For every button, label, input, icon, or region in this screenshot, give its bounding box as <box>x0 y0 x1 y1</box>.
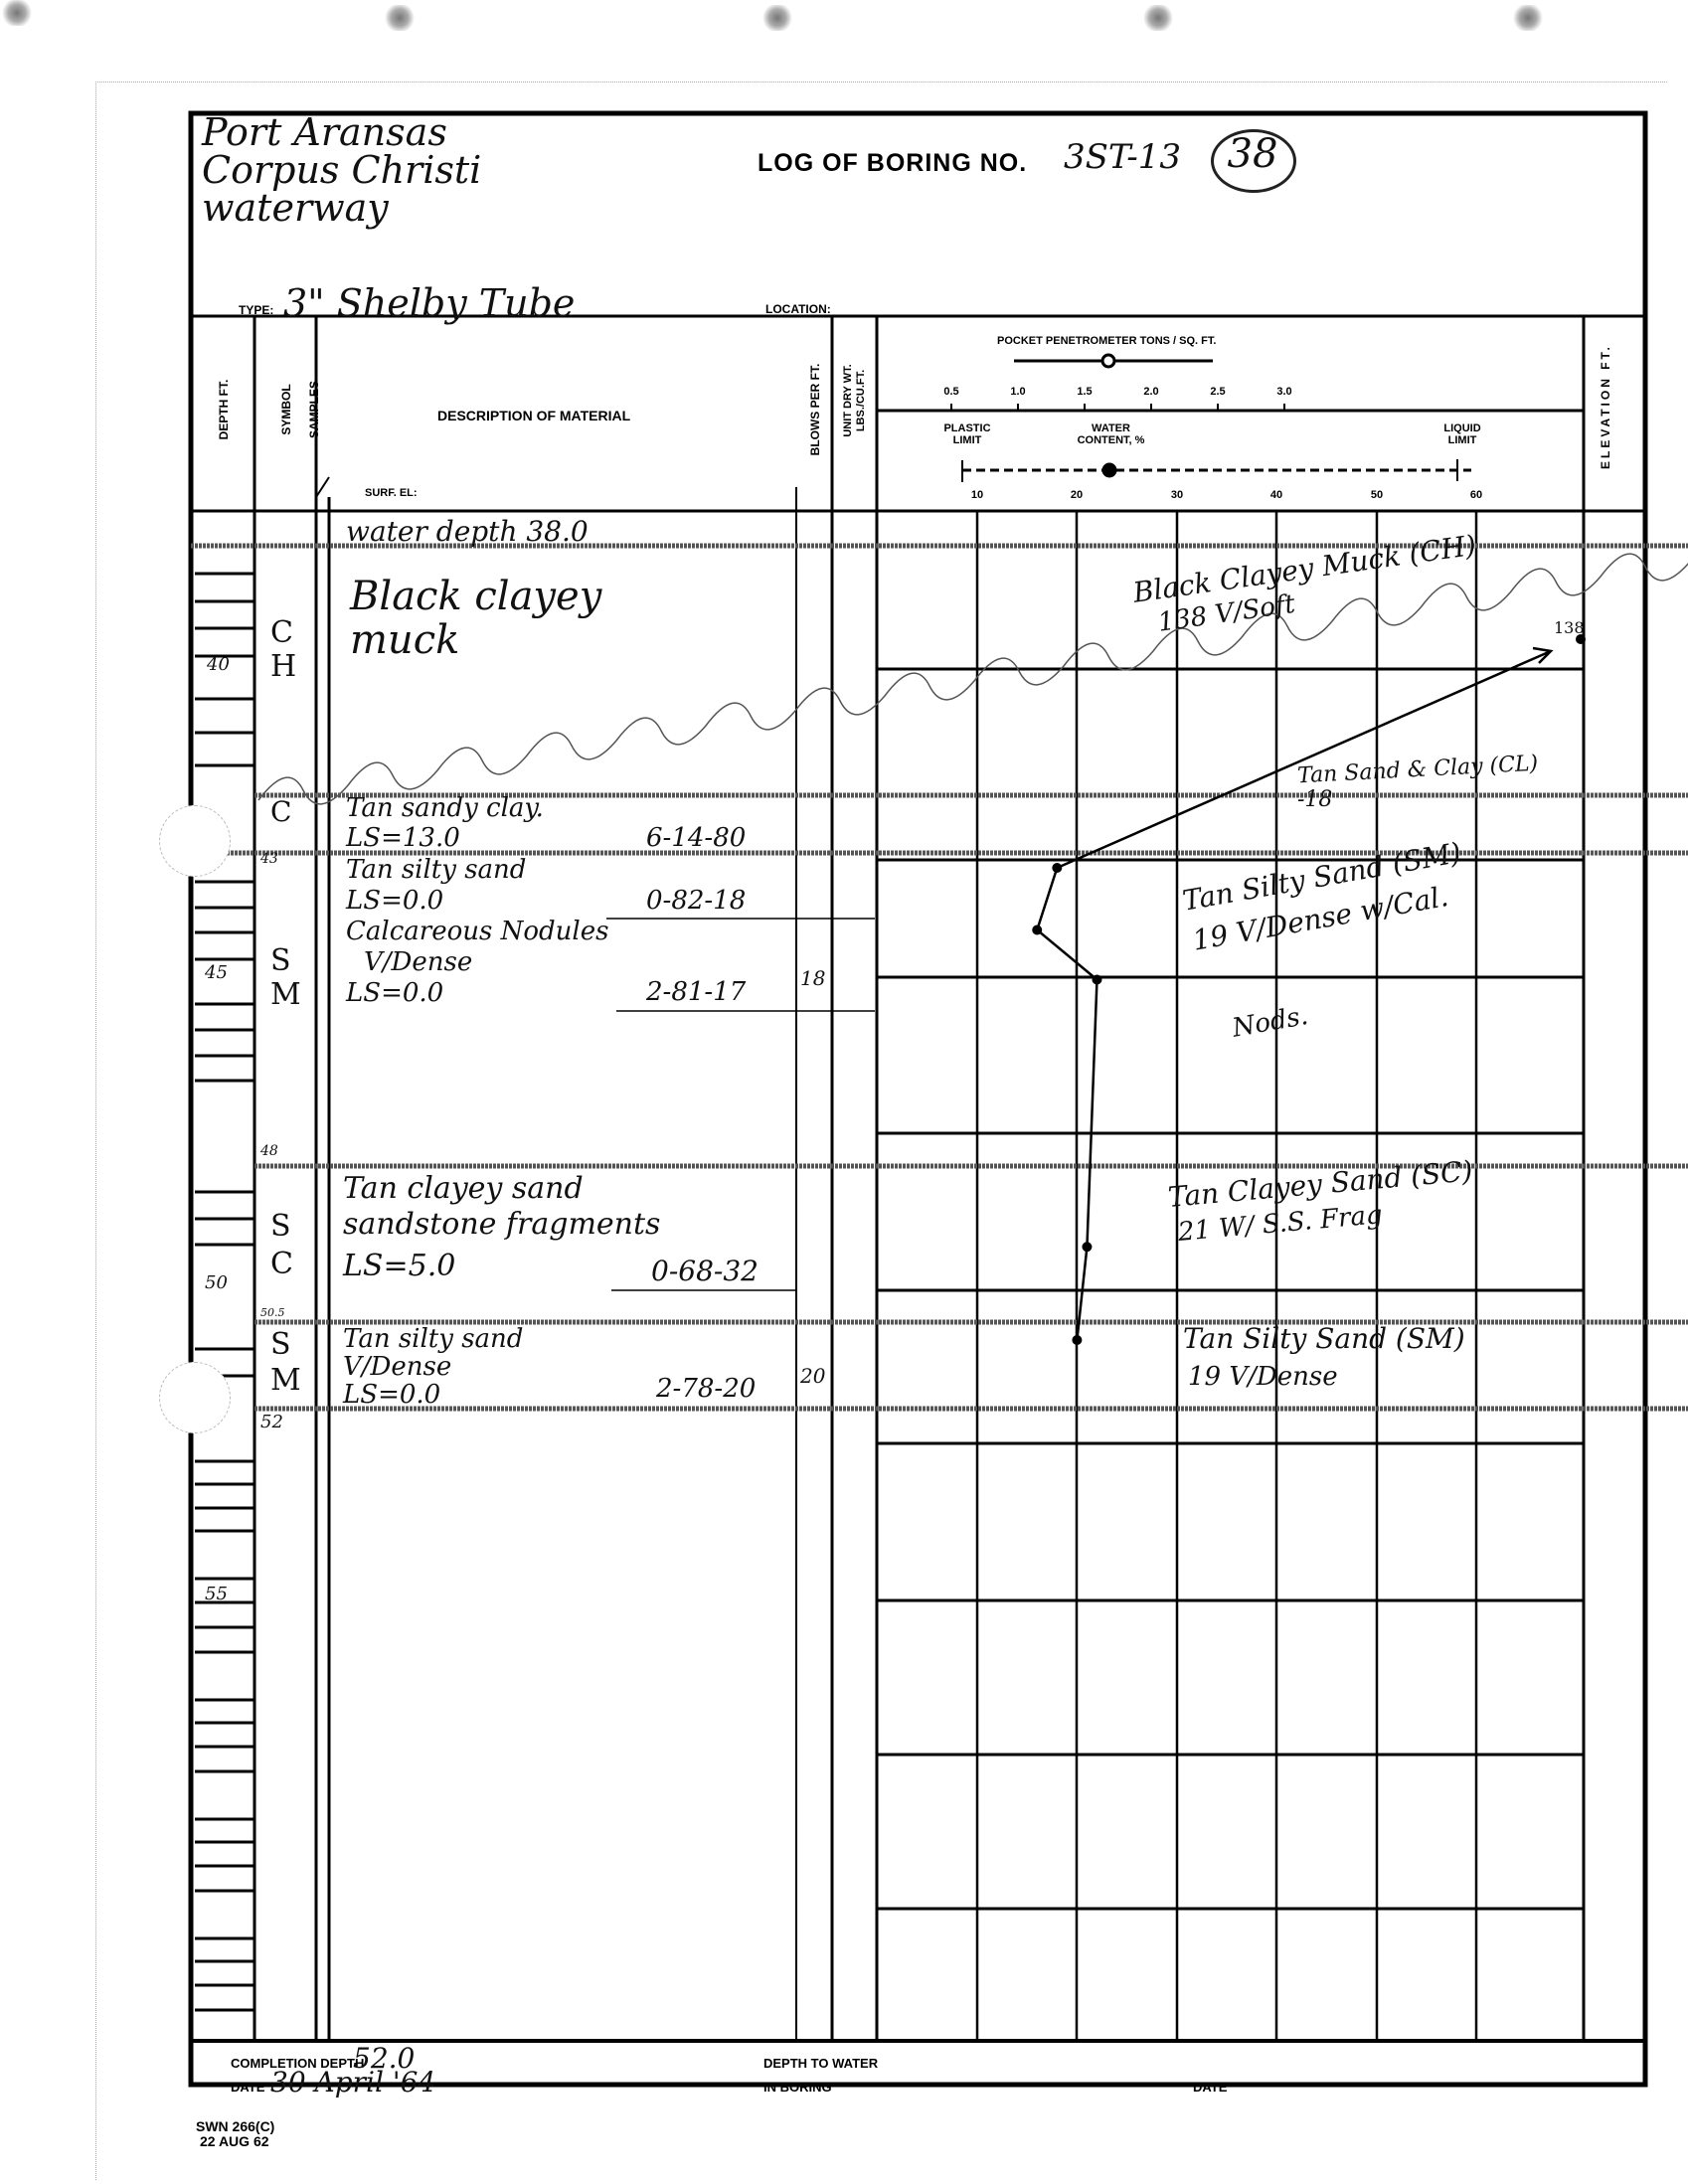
date-label: DATE <box>231 2080 264 2095</box>
annotation-off-scale: 138 <box>1554 618 1585 637</box>
annotation: 19 V/Dense <box>1188 1362 1338 1392</box>
binder-hole <box>159 805 231 877</box>
in-boring-label: IN BORING <box>763 2080 832 2095</box>
depth-to-water-label: DEPTH TO WATER <box>763 2056 878 2071</box>
annotation: -18 <box>1297 787 1332 812</box>
water-content-plot <box>0 0 1688 2184</box>
date2-label: DATE <box>1193 2080 1227 2095</box>
form-id-line: SWN 266(C) <box>196 2119 274 2134</box>
form-date-line: 22 AUG 62 <box>196 2134 274 2149</box>
binder-hole <box>159 1362 231 1433</box>
annotation: Tan Silty Sand (SM) <box>1183 1322 1465 1355</box>
date-value: 30 April '64 <box>270 2066 435 2099</box>
form-id: SWN 266(C) 22 AUG 62 <box>196 2119 274 2149</box>
